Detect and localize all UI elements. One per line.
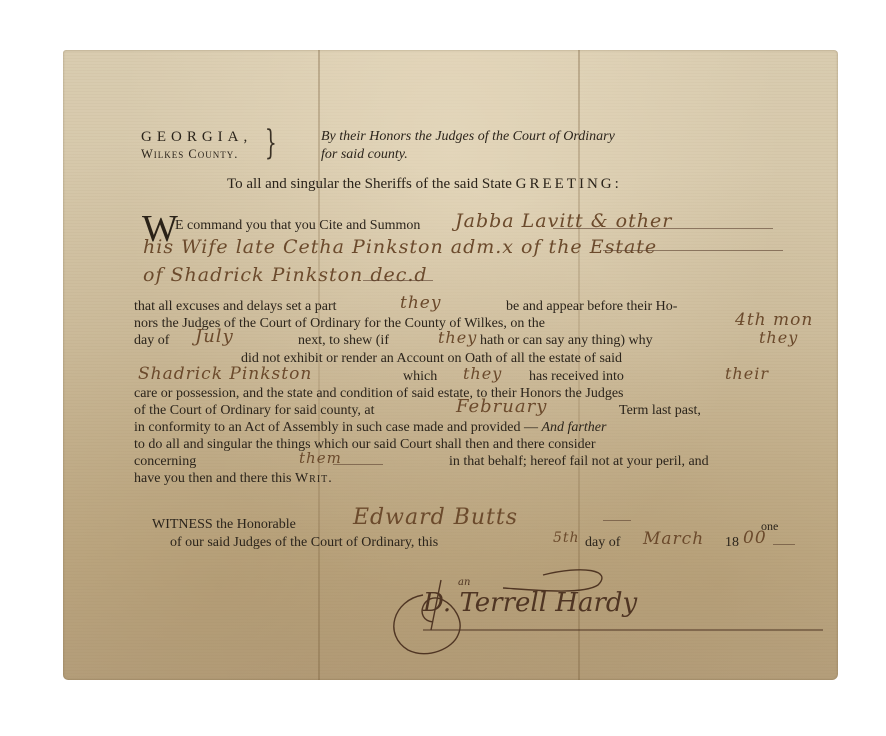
document-paper: GEORGIA, Wilkes County. } By their Honor…	[63, 50, 838, 680]
writ-word: Writ.	[295, 471, 333, 486]
handwritten-day: 5th	[553, 530, 580, 546]
handwritten-month: March	[643, 529, 704, 549]
handwritten-they-2: they	[438, 328, 477, 347]
handwritten-february: February	[456, 396, 547, 417]
handwritten-they-4: they	[463, 364, 502, 383]
body-line14-text: have you then and there this	[134, 471, 291, 486]
body-line9: care or possession, and the state and co…	[134, 386, 624, 402]
body-line13-b: in that behalf; hereof fail not at your …	[449, 454, 709, 470]
greeting-caps: GREETING:	[516, 176, 622, 192]
witness-line2-a: of our said Judges of the Court of Ordin…	[170, 535, 438, 551]
handwritten-their: their	[725, 364, 769, 383]
handwritten-july: July	[195, 326, 234, 347]
handwritten-month-ordinal: 4th mon	[735, 310, 813, 330]
body-line4-b: be and appear before their Ho-	[506, 299, 677, 315]
handwritten-they: they	[400, 293, 441, 313]
body-line4-a: that all excuses and delays set a part	[134, 299, 337, 315]
strike-line	[603, 250, 783, 251]
brace-icon: }	[265, 126, 277, 160]
handwritten-line2: his Wife late Cetha Pinkston adm.x of th…	[143, 236, 657, 258]
body-line6-a: day of	[134, 333, 169, 349]
witness-year-print: 18	[725, 535, 739, 551]
clerk-signature: D. Terrell Hardy	[423, 588, 637, 618]
greeting-line: To all and singular the Sheriffs of the …	[227, 176, 622, 193]
header-authority-line1: By their Honors the Judges of the Court …	[321, 129, 615, 145]
witness-line2-b: day of	[585, 535, 620, 551]
strike-line	[553, 228, 773, 229]
fill-line	[333, 464, 383, 465]
header-county: Wilkes County.	[141, 147, 238, 162]
header-state: GEORGIA,	[141, 129, 252, 146]
handwritten-judge-name: Edward Butts	[353, 505, 518, 530]
body-line8-b: has received into	[529, 369, 624, 385]
body-line14: have you then and there this Writ.	[134, 471, 333, 487]
body-line10-b: Term last past,	[619, 403, 701, 419]
body-line8-a: which	[403, 369, 437, 385]
greeting-prefix: To all and singular the Sheriffs of the …	[227, 176, 512, 192]
handwritten-they-3: they	[759, 328, 798, 347]
fill-line	[773, 544, 795, 545]
handwritten-year: 00	[743, 528, 767, 548]
body-line11-a: in conformity to an Act of Assembly in s…	[134, 420, 606, 436]
body-line13-a: concerning	[134, 454, 196, 470]
fill-line	[603, 520, 631, 521]
body-line10-a: of the Court of Ordinary for said county…	[134, 403, 375, 419]
body-line12: to do all and singular the things which …	[134, 437, 596, 453]
header-authority-line2: for said county.	[321, 147, 408, 163]
body-line6-b: next, to shew (if	[298, 333, 389, 349]
witness-prefix: WITNESS the Honorable	[152, 517, 296, 533]
body-line6-c: hath or can say any thing) why	[480, 333, 653, 349]
signature-superscript: an	[458, 577, 470, 588]
body-line11-italic: And farther	[541, 420, 606, 435]
body-line1-print: E command you that you Cite and Summon	[175, 218, 420, 234]
handwritten-decedent: Shadrick Pinkston	[138, 364, 312, 384]
body-line11-text: in conformity to an Act of Assembly in s…	[134, 420, 538, 435]
handwritten-line3: of Shadrick Pinkston dec.d	[143, 264, 428, 286]
fill-line	[363, 280, 433, 281]
